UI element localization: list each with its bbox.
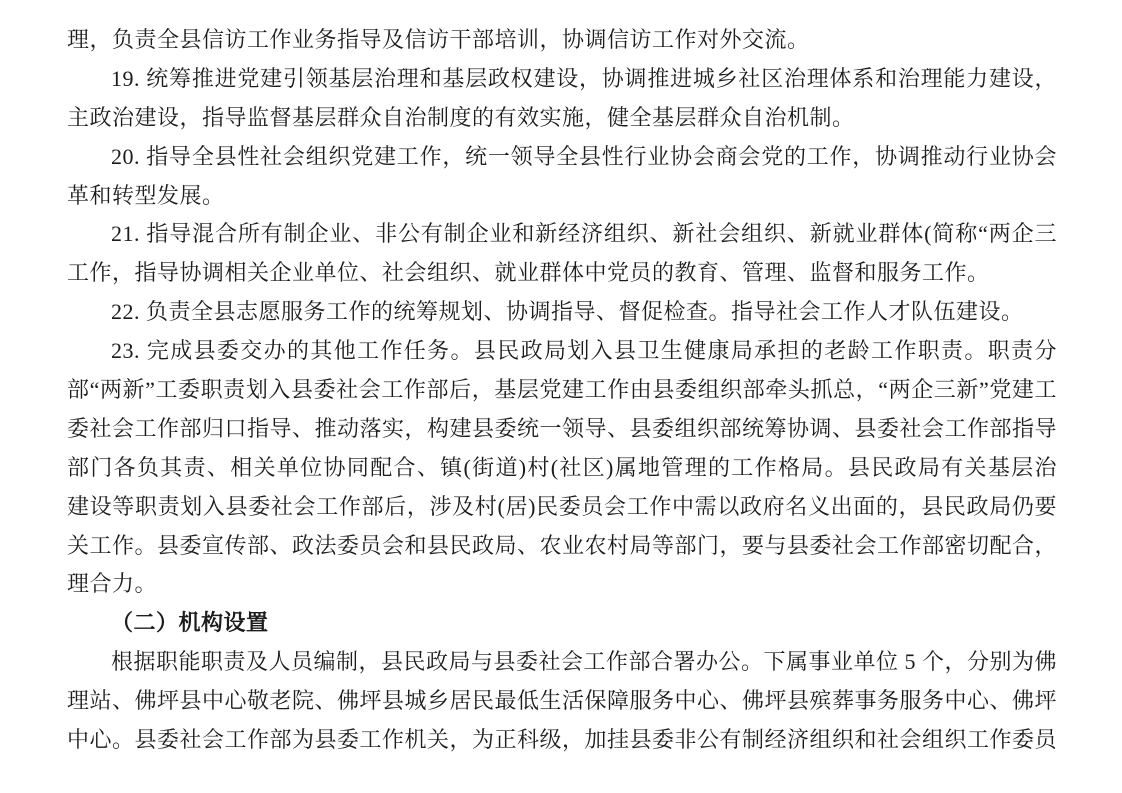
text-line: （二）机构设置 bbox=[67, 604, 1057, 643]
text-line: 20. 指导全县性社会组织党建工作，统一领导全县性行业协会商会党的工作，协调推动… bbox=[67, 138, 1057, 177]
text-line: 委社会工作部归口指导、推动落实，构建县委统一领导、县委组织部统筹协调、县委社会工… bbox=[67, 410, 1057, 449]
text-line: 工作，指导协调相关企业单位、社会组织、就业群体中党员的教育、管理、监督和服务工作… bbox=[67, 254, 1057, 293]
text-line: 关工作。县委宣传部、政法委员会和县民政局、农业农村局等部门，要与县委社会工作部密… bbox=[67, 527, 1057, 566]
text-line: 理合力。 bbox=[67, 565, 1057, 604]
text-line: 主政治建设，指导监督基层群众自治制度的有效实施，健全基层群众自治机制。 bbox=[67, 99, 1057, 138]
text-line: 根据职能职责及人员编制，县民政局与县委社会工作部合署办公。下属事业单位 5 个，… bbox=[67, 643, 1057, 682]
text-line: 理站、佛坪县中心敬老院、佛坪县城乡居民最低生活保障服务中心、佛坪县殡葬事务服务中… bbox=[67, 682, 1057, 721]
text-line: 22. 负责全县志愿服务工作的统筹规划、协调指导、督促检查。指导社会工作人才队伍… bbox=[67, 293, 1057, 332]
text-line: 19. 统筹推进党建引领基层治理和基层政权建设，协调推进城乡社区治理体系和治理能… bbox=[67, 60, 1057, 99]
text-line: 21. 指导混合所有制企业、非公有制企业和新经济组织、新社会组织、新就业群体(简… bbox=[67, 215, 1057, 254]
text-line: 建设等职责划入县委社会工作部后，涉及村(居)民委员会工作中需以政府名义出面的，县… bbox=[67, 488, 1057, 527]
document-body: 理，负责全县信访工作业务指导及信访干部培训，协调信访工作对外交流。19. 统筹推… bbox=[67, 21, 1057, 760]
text-line: 部门各负其责、相关单位协同配合、镇(街道)村(社区)属地管理的工作格局。县民政局… bbox=[67, 449, 1057, 488]
document-page: 理，负责全县信访工作业务指导及信访干部培训，协调信访工作对外交流。19. 统筹推… bbox=[0, 0, 1122, 793]
text-line: 革和转型发展。 bbox=[67, 177, 1057, 216]
text-line: 部“两新”工委职责划入县委社会工作部后，基层党建工作由县委组织部牵头抓总，“两企… bbox=[67, 371, 1057, 410]
text-line: 中心。县委社会工作部为县委工作机关，为正科级，加挂县委非公有制经济组织和社会组织… bbox=[67, 721, 1057, 760]
text-line: 23. 完成县委交办的其他工作任务。县民政局划入县卫生健康局承担的老龄工作职责。… bbox=[67, 332, 1057, 371]
text-line: 理，负责全县信访工作业务指导及信访干部培训，协调信访工作对外交流。 bbox=[67, 21, 1057, 60]
